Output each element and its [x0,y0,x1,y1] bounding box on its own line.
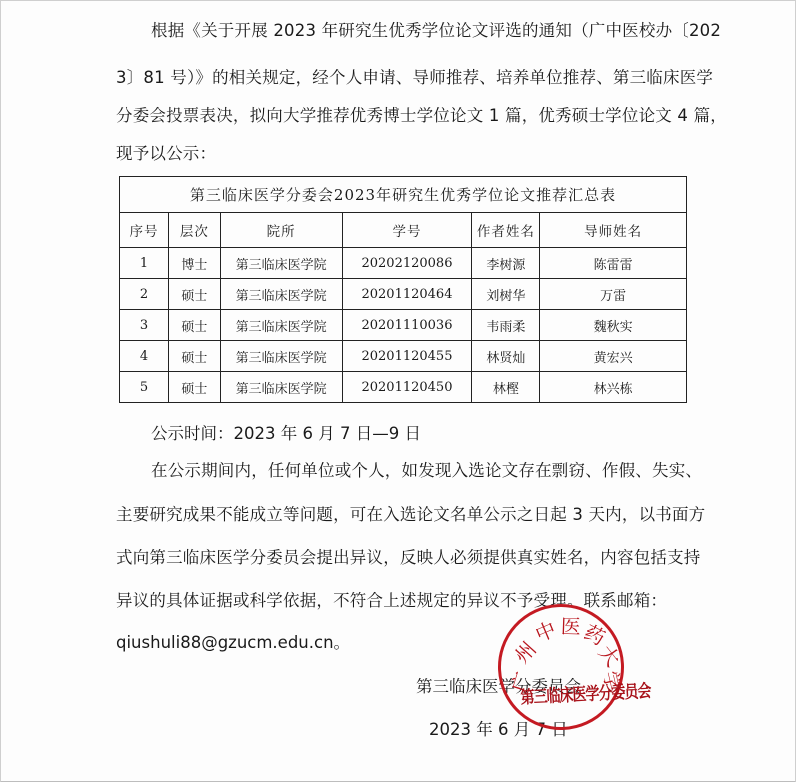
objection-line-3: 式向第三临床医学分委员会提出异议，反映人必须提供真实姓名，内容包括支持 [116,539,696,576]
table-row: 2 硕士 第三临床医学院 20201120464 刘树华 万雷 [120,279,687,310]
table-row: 5 硕士 第三临床医学院 20201120450 林樫 林兴栋 [120,372,687,403]
cell-student-id: 20201110036 [342,310,472,341]
cell-index: 5 [120,372,169,403]
table-title: 第三临床医学分委会2023年研究生优秀学位论文推荐汇总表 [120,177,687,213]
contact-email[interactable]: qiushuli88@gzucm.edu.cn。 [116,629,350,653]
publicity-time: 公示时间：2023 年 6 月 7 日—9 日 [151,420,421,444]
cell-supervisor: 林兴栋 [540,372,687,403]
objection-line-1: 在公示期间内，任何单位或个人，如发现入选论文存在剽窃、作假、失实、 [151,452,696,489]
header-student-id: 学号 [342,213,472,248]
cell-student-id: 20201120450 [342,372,472,403]
cell-supervisor: 魏秋实 [540,310,687,341]
cell-student-id: 20201120455 [342,341,472,372]
cell-level: 硕士 [168,341,220,372]
table-row: 1 博士 第三临床医学院 20202120086 李树源 陈雷雷 [120,248,687,279]
intro-line-1: 根据《关于开展 2023 年研究生优秀学位论文评选的通知（广中医校办〔202 [151,12,696,49]
table-header-row: 序号 层次 院所 学号 作者姓名 导师姓名 [120,213,687,248]
cell-supervisor: 陈雷雷 [540,248,687,279]
cell-supervisor: 万雷 [540,279,687,310]
cell-institute: 第三临床医学院 [220,372,342,403]
cell-institute: 第三临床医学院 [220,341,342,372]
cell-index: 2 [120,279,169,310]
objection-line-4: 异议的具体证据或科学依据，不符合上述规定的异议不予受理。联系邮箱： [116,582,696,619]
header-index: 序号 [120,213,169,248]
cell-institute: 第三临床医学院 [220,310,342,341]
cell-level: 硕士 [168,279,220,310]
cell-author: 李树源 [472,248,540,279]
cell-level: 博士 [168,248,220,279]
seal-char: 医 [560,610,581,640]
cell-level: 硕士 [168,372,220,403]
intro-line-4: 现予以公示： [116,135,696,172]
header-institute: 院所 [220,213,342,248]
cell-author: 韦雨柔 [472,310,540,341]
seal-char: 州 [507,634,542,668]
header-level: 层次 [168,213,220,248]
cell-student-id: 20201120464 [342,279,472,310]
cell-index: 3 [120,310,169,341]
intro-line-2: 3〕81 号）》的相关规定，经个人申请、导师推荐、培养单位推荐、第三临床医学 [116,59,696,96]
cell-student-id: 20202120086 [342,248,472,279]
objection-line-2: 主要研究成果不能成立等问题，可在入选论文名单公示之日起 3 天内，以书面方 [116,496,696,533]
recommendation-summary-table: 第三临床医学分委会2023年研究生优秀学位论文推荐汇总表 序号 层次 院所 学号… [119,176,687,403]
cell-institute: 第三临床医学院 [220,279,342,310]
cell-institute: 第三临床医学院 [220,248,342,279]
header-author: 作者姓名 [472,213,540,248]
cell-supervisor: 黄宏兴 [540,341,687,372]
cell-author: 林贤灿 [472,341,540,372]
intro-line-3: 分委会投票表决，拟向大学推荐优秀博士学位论文 1 篇，优秀硕士学位论文 4 篇， [116,97,696,134]
cell-author: 林樫 [472,372,540,403]
table-row: 4 硕士 第三临床医学院 20201120455 林贤灿 黄宏兴 [120,341,687,372]
cell-author: 刘树华 [472,279,540,310]
cell-index: 1 [120,248,169,279]
cell-level: 硕士 [168,310,220,341]
cell-index: 4 [120,341,169,372]
header-supervisor: 导师姓名 [540,213,687,248]
table-row: 3 硕士 第三临床医学院 20201110036 韦雨柔 魏秋实 [120,310,687,341]
seal-char: 中 [530,613,560,648]
